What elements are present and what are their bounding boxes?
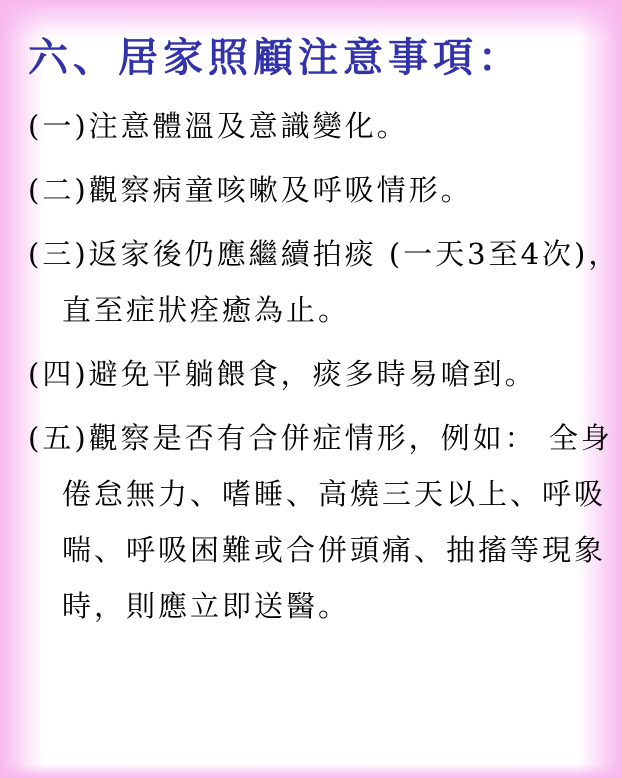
care-item-4: (四)避免平躺餵食，痰多時易嗆到。 bbox=[28, 346, 606, 402]
care-item-3: (三)返家後仍應繼續拍痰 (一天3至4次)， 直至症狀痊癒為止。 bbox=[28, 226, 606, 338]
care-item-line: 倦怠無力、嗜睡、高燒三天以上、呼吸 bbox=[28, 466, 606, 522]
care-item-line: (四)避免平躺餵食，痰多時易嗆到。 bbox=[28, 346, 606, 402]
page-frame: 六、居家照顧注意事項： (一)注意體溫及意識變化。 (二)觀察病童咳嗽及呼吸情形… bbox=[0, 0, 622, 778]
care-item-5: (五)觀察是否有合併症情形，例如： 全身 倦怠無力、嗜睡、高燒三天以上、呼吸 喘… bbox=[28, 410, 606, 634]
care-item-line: (二)觀察病童咳嗽及呼吸情形。 bbox=[28, 162, 606, 218]
care-item-line: (三)返家後仍應繼續拍痰 (一天3至4次)， bbox=[28, 226, 606, 282]
page-title: 六、居家照顧注意事項： bbox=[28, 28, 606, 88]
care-item-line: (一)注意體溫及意識變化。 bbox=[28, 98, 606, 154]
care-item-2: (二)觀察病童咳嗽及呼吸情形。 bbox=[28, 162, 606, 218]
care-item-line: 直至症狀痊癒為止。 bbox=[28, 282, 606, 338]
care-item-1: (一)注意體溫及意識變化。 bbox=[28, 98, 606, 154]
document-body: 六、居家照顧注意事項： (一)注意體溫及意識變化。 (二)觀察病童咳嗽及呼吸情形… bbox=[28, 28, 606, 642]
care-item-line: (五)觀察是否有合併症情形，例如： 全身 bbox=[28, 410, 606, 466]
care-item-line: 時，則應立即送醫。 bbox=[28, 578, 606, 634]
care-item-line: 喘、呼吸困難或合併頭痛、抽搐等現象 bbox=[28, 522, 606, 578]
